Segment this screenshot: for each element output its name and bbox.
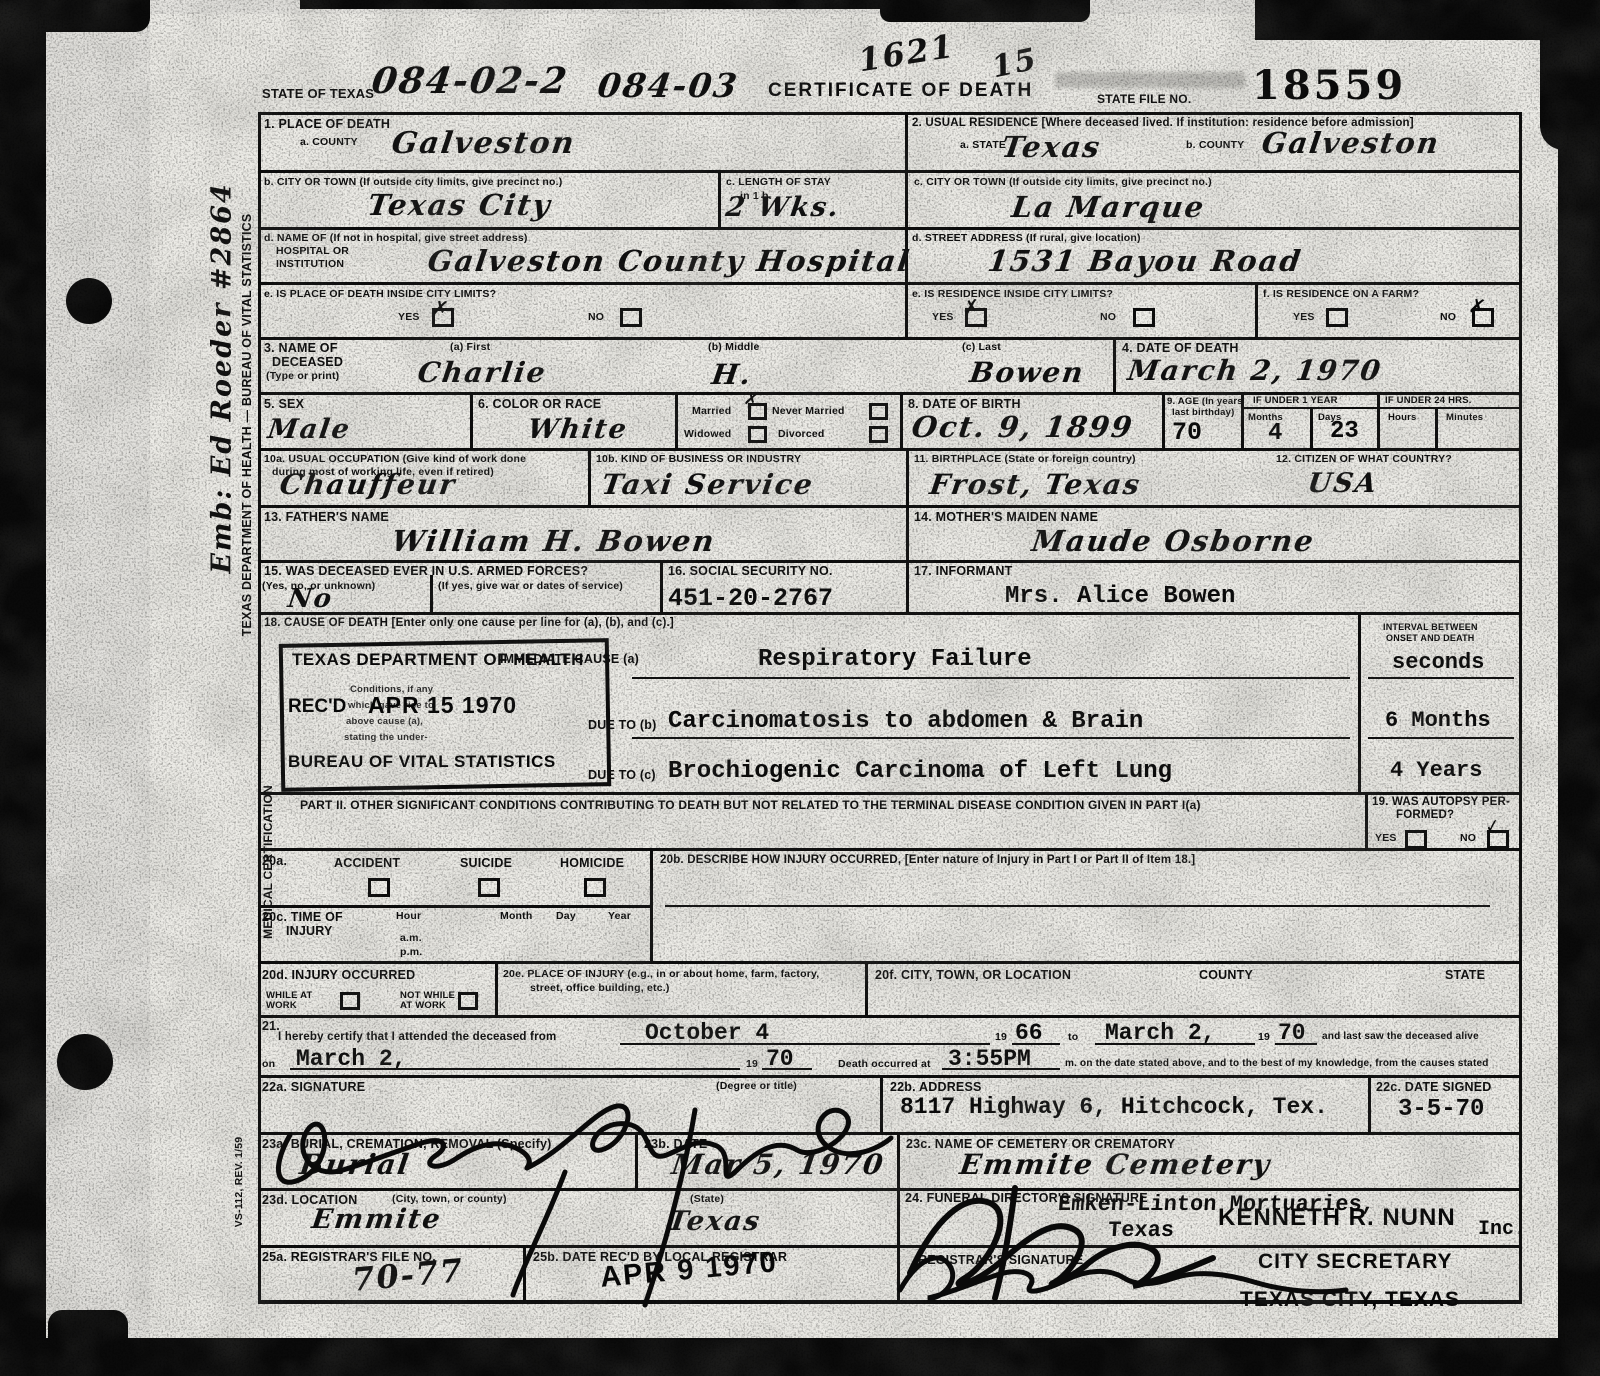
field-19-label1: 19. WAS AUTOPSY PER- <box>1372 796 1510 808</box>
hospital-name-value: Galveston County Hospital <box>426 244 913 278</box>
nunn-stamp-name: KENNETH R. NUNN <box>1218 1204 1456 1232</box>
state-file-number: 18559 <box>1252 62 1406 109</box>
degree-or-title-label: (Degree or title) <box>716 1080 797 1092</box>
date-of-death-value: March 2, 1970 <box>1126 354 1385 387</box>
under-24-hrs-label: IF UNDER 24 HRS. <box>1385 395 1472 406</box>
field-1d-label: d. NAME OF (If not in hospital, give str… <box>264 232 528 244</box>
field-22b-label: 22b. ADDRESS <box>890 1080 982 1094</box>
due-to-c-label: DUE TO (c) <box>588 768 656 782</box>
due-to-c-value: Brochiogenic Carcinoma of Left Lung <box>668 758 1172 785</box>
field-15-sub2: (If yes, give war or dates of service) <box>438 580 623 592</box>
middle-name-value: H. <box>710 358 755 391</box>
res-limits-no-checkbox <box>1133 308 1155 327</box>
never-married-label: Never Married <box>772 405 845 417</box>
burial-value: Burial <box>298 1148 413 1181</box>
field-20e-label2: street, office building, etc.) <box>530 982 670 994</box>
field-9-label2: last birthday) <box>1172 407 1234 418</box>
year-prefix-2: 19 <box>1258 1031 1270 1043</box>
certify-text-3: Death occurred at <box>838 1058 931 1070</box>
interval-label1: INTERVAL BETWEEN <box>1383 622 1478 632</box>
armed-forces-value: No <box>286 584 335 614</box>
res-limits-no-label: NO <box>1100 311 1116 323</box>
scan-edge-left <box>0 0 46 1376</box>
field-2e-label: e. IS RESIDENCE INSIDE CITY LIMITS? <box>912 288 1113 300</box>
due-to-b-label: DUE TO (b) <box>588 718 656 732</box>
field-9-label1: 9. AGE (In years <box>1167 396 1243 407</box>
nunn-stamp-title: CITY SECRETARY <box>1258 1250 1452 1274</box>
dept-vertical-label: TEXAS DEPARTMENT OF HEALTH — BUREAU OF V… <box>240 214 254 637</box>
accident-checkbox <box>368 878 390 897</box>
county-column-label: COUNTY <box>1199 968 1253 982</box>
street-address-value: 1531 Bayou Road <box>986 244 1305 278</box>
field-23d-sub2: (State) <box>690 1193 724 1205</box>
state-of-texas-label: STATE OF TEXAS <box>262 86 374 101</box>
certify-text-2: and last saw the deceased alive <box>1322 1031 1479 1042</box>
ghost-text-4: stating the under- <box>344 732 428 743</box>
field-16-label: 16. SOCIAL SECURITY NO. <box>668 564 833 578</box>
scan-edge-blob-topmid <box>880 0 1090 22</box>
field-11-label: 11. BIRTHPLACE (State or foreign country… <box>914 453 1136 465</box>
stamp-recd: REC'D <box>288 696 346 718</box>
field-20e-label1: 20e. PLACE OF INJURY (e.g., in or about … <box>503 968 819 980</box>
scan-edge-bottom <box>0 1338 1600 1376</box>
due-to-b-value: Carcinomatosis to abdomen & Brain <box>668 708 1143 735</box>
farm-yes-label: YES <box>1293 311 1315 323</box>
interval-label2: ONSET AND DEATH <box>1386 633 1475 643</box>
punch-hole-top <box>66 278 112 324</box>
field-2b-label: b. COUNTY <box>1186 139 1244 151</box>
residence-county-value: Galveston <box>1260 126 1443 160</box>
year-prefix-1: 19 <box>995 1031 1007 1043</box>
field-2f-label: f. IS RESIDENCE ON A FARM? <box>1263 288 1419 300</box>
state-column-label: STATE <box>1445 968 1485 982</box>
industry-value: Taxi Service <box>600 468 817 501</box>
never-married-checkbox <box>869 403 888 420</box>
field-12-label: 12. CITIZEN OF WHAT COUNTRY? <box>1276 453 1452 465</box>
last-name-value: Bowen <box>968 356 1087 389</box>
res-limits-yes-mark: ✗ <box>962 294 981 320</box>
field-20c-label2: INJURY <box>286 924 333 938</box>
while-at-work-label2: WORK <box>266 1000 297 1011</box>
form-number-label: VS-112, REV. 1/59 <box>233 1137 245 1228</box>
farm-no-label: NO <box>1440 311 1456 323</box>
mortuary-inc-typed: Inc. <box>1478 1218 1526 1241</box>
place-limits-yes-label: YES <box>398 311 420 323</box>
field-1-label: 1. PLACE OF DEATH <box>264 117 390 131</box>
first-name-value: Charlie <box>416 356 549 389</box>
death-certificate-scan: STATE OF TEXAS 084-02-2 084-03 CERTIFICA… <box>0 0 1600 1376</box>
field-2c-label: c. CITY OR TOWN (If outside city limits,… <box>914 176 1212 188</box>
state-file-no-label: STATE FILE NO. <box>1097 92 1191 106</box>
handwritten-code-1: 084-02-2 <box>369 60 571 102</box>
field-4-label: 4. DATE OF DEATH <box>1122 341 1239 355</box>
scan-edge-right-corner <box>1540 30 1570 150</box>
farm-yes-checkbox <box>1326 308 1348 327</box>
stamp-line3: BUREAU OF VITAL STATISTICS <box>288 752 556 772</box>
days-value: 23 <box>1330 418 1359 445</box>
accident-label: ACCIDENT <box>334 856 400 870</box>
autopsy-yes-checkbox <box>1405 830 1427 849</box>
father-name-value: William H. Bowen <box>390 524 718 558</box>
interval-a-value: seconds <box>1392 650 1484 675</box>
res-limits-yes-label: YES <box>932 311 954 323</box>
field-1d-label2: HOSPITAL OR <box>276 245 349 257</box>
field-20a-number: 20a. <box>262 854 287 868</box>
not-while-at-work-label2: AT WORK <box>400 1000 446 1011</box>
autopsy-no-label: NO <box>1460 832 1476 844</box>
field-19-label2: FORMED? <box>1396 809 1454 821</box>
punch-hole-bottom <box>57 1034 113 1090</box>
ssn-value: 451-20-2767 <box>668 584 833 613</box>
field-3-label3: (Type or print) <box>266 370 339 382</box>
homicide-label: HOMICIDE <box>560 856 624 870</box>
field-18-label: 18. CAUSE OF DEATH [Enter only one cause… <box>264 617 674 629</box>
month-label: Month <box>500 910 533 922</box>
physician-address-value: 8117 Highway 6, Hitchcock, Tex. <box>900 1094 1328 1120</box>
day-label: Day <box>556 910 576 922</box>
field-1c-label: c. LENGTH OF STAY <box>726 176 831 188</box>
not-while-at-work-checkbox <box>458 992 478 1010</box>
nunn-stamp-city: TEXAS CITY, TEXAS <box>1240 1288 1460 1312</box>
year-prefix-3: 19 <box>746 1058 758 1070</box>
field-6-label: 6. COLOR OR RACE <box>478 397 601 411</box>
place-city-value: Texas City <box>366 188 554 222</box>
field-22c-label: 22c. DATE SIGNED <box>1376 1080 1492 1094</box>
field-1a-label: a. COUNTY <box>300 136 358 148</box>
field-1d-label3: INSTITUTION <box>276 258 344 270</box>
suicide-label: SUICIDE <box>460 856 512 870</box>
citizen-value: USA <box>1306 468 1380 499</box>
field-2a-label: a. STATE <box>960 139 1006 151</box>
field-3-label2: DECEASED <box>272 355 343 369</box>
birthplace-value: Frost, Texas <box>928 468 1144 501</box>
date-signed-value: 3-5-70 <box>1398 1096 1484 1123</box>
date-of-birth-value: Oct. 9, 1899 <box>910 410 1136 444</box>
field-20c-label1: 20c. TIME OF <box>262 910 343 924</box>
handwritten-code-2: 084-03 <box>595 66 741 105</box>
field-15-label: 15. WAS DECEASED EVER IN U.S. ARMED FORC… <box>264 564 588 578</box>
under-1-year-label: IF UNDER 1 YEAR <box>1253 395 1338 406</box>
certify-to-word: to <box>1068 1031 1078 1043</box>
suicide-checkbox <box>478 878 500 897</box>
middle-name-label: (b) Middle <box>708 341 760 353</box>
place-limits-no-label: NO <box>588 311 604 323</box>
scan-edge-blob-bottomleft <box>48 1310 128 1344</box>
cemetery-value: Emmite Cemetery <box>958 1148 1274 1181</box>
field-22a-label: 22a. SIGNATURE <box>262 1080 365 1094</box>
homicide-checkbox <box>584 878 606 897</box>
field-2d-label: d. STREET ADDRESS (If rural, give locati… <box>912 232 1141 244</box>
married-label: Married <box>692 405 731 417</box>
field-1e-label: e. IS PLACE OF DEATH INSIDE CITY LIMITS? <box>264 288 496 300</box>
hour-label: Hour <box>396 910 421 922</box>
minutes-label: Minutes <box>1446 412 1483 423</box>
burial-date-value: Mar 5, 1970 <box>670 1148 887 1181</box>
field-20d-label: 20d. INJURY OCCURRED <box>262 968 415 982</box>
months-value: 4 <box>1268 420 1282 447</box>
burial-state-value: Texas <box>666 1206 763 1237</box>
divorced-label: Divorced <box>778 428 825 440</box>
pm-label: p.m. <box>400 946 422 958</box>
autopsy-no-mark: ✓ <box>1484 815 1502 838</box>
first-name-label: (a) First <box>450 341 490 353</box>
widowed-checkbox <box>748 426 767 443</box>
interval-c-value: 4 Years <box>1390 758 1482 783</box>
field-20b-label: 20b. DESCRIBE HOW INJURY OCCURRED, [Ente… <box>660 854 1195 866</box>
field-10a-label1: 10a. USUAL OCCUPATION (Give kind of work… <box>264 453 526 465</box>
mother-name-value: Maude Osborne <box>1030 524 1318 558</box>
field-17-label: 17. INFORMANT <box>914 564 1012 578</box>
place-limits-no-checkbox <box>620 308 642 327</box>
faint-stamp-smudge <box>1055 72 1245 88</box>
registrar-signature-label: REGISTRAR'S SIGNATURE <box>918 1253 1083 1267</box>
certificate-title: CERTIFICATE OF DEATH <box>768 80 1033 102</box>
certify-on-word: on <box>262 1058 275 1070</box>
field-1b-label: b. CITY OR TOWN (If outside city limits,… <box>264 176 562 188</box>
mortuary-state-typed: Texas <box>1107 1218 1175 1243</box>
last-name-label: (c) Last <box>962 341 1001 353</box>
certify-text-4: m. on the date stated above, and to the … <box>1065 1058 1489 1069</box>
place-county-value: Galveston <box>390 126 578 161</box>
immediate-cause-value: Respiratory Failure <box>758 646 1032 673</box>
race-value: White <box>526 414 630 445</box>
embalmer-note: Emb: Ed Roeder #2864 <box>207 182 238 573</box>
field-14-label: 14. MOTHER'S MAIDEN NAME <box>914 510 1098 524</box>
interval-b-value: 6 Months <box>1385 708 1491 733</box>
length-of-stay-value: 2 Wks. <box>724 192 842 223</box>
field-5-label: 5. SEX <box>264 397 304 411</box>
field-10b-label: 10b. KIND OF BUSINESS OR INDUSTRY <box>596 453 801 465</box>
scan-edge-right <box>1558 0 1600 1376</box>
field-3-label1: 3. NAME OF <box>264 341 338 355</box>
place-limits-yes-mark: ✗ <box>430 295 450 321</box>
field-13-label: 13. FATHER'S NAME <box>264 510 389 524</box>
hours-label: Hours <box>1388 412 1416 423</box>
am-label: a.m. <box>400 932 422 944</box>
part-2-label: PART II. OTHER SIGNIFICANT CONDITIONS CO… <box>300 798 1201 812</box>
residence-city-value: La Marque <box>1010 190 1208 224</box>
age-value: 70 <box>1172 418 1202 447</box>
sex-value: Male <box>266 414 353 445</box>
stamp-date: APR 15 1970 <box>368 692 517 719</box>
divorced-checkbox <box>869 426 888 443</box>
residence-state-value: Texas <box>1000 130 1104 164</box>
immediate-cause-label: IMMEDIATE CAUSE (a) <box>500 652 639 666</box>
burial-location-value: Emmite <box>310 1204 444 1235</box>
widowed-label: Widowed <box>684 428 731 440</box>
field-8-label: 8. DATE OF BIRTH <box>908 397 1021 411</box>
occupation-value: Chauffeur <box>278 468 459 501</box>
field-20f-label: 20f. CITY, TOWN, OR LOCATION <box>875 968 1071 982</box>
autopsy-yes-label: YES <box>1375 832 1397 844</box>
certify-text-1: I hereby certify that I attended the dec… <box>278 1031 556 1043</box>
informant-value: Mrs. Alice Bowen <box>1005 583 1235 610</box>
year-label: Year <box>608 910 631 922</box>
while-at-work-checkbox <box>340 992 360 1010</box>
